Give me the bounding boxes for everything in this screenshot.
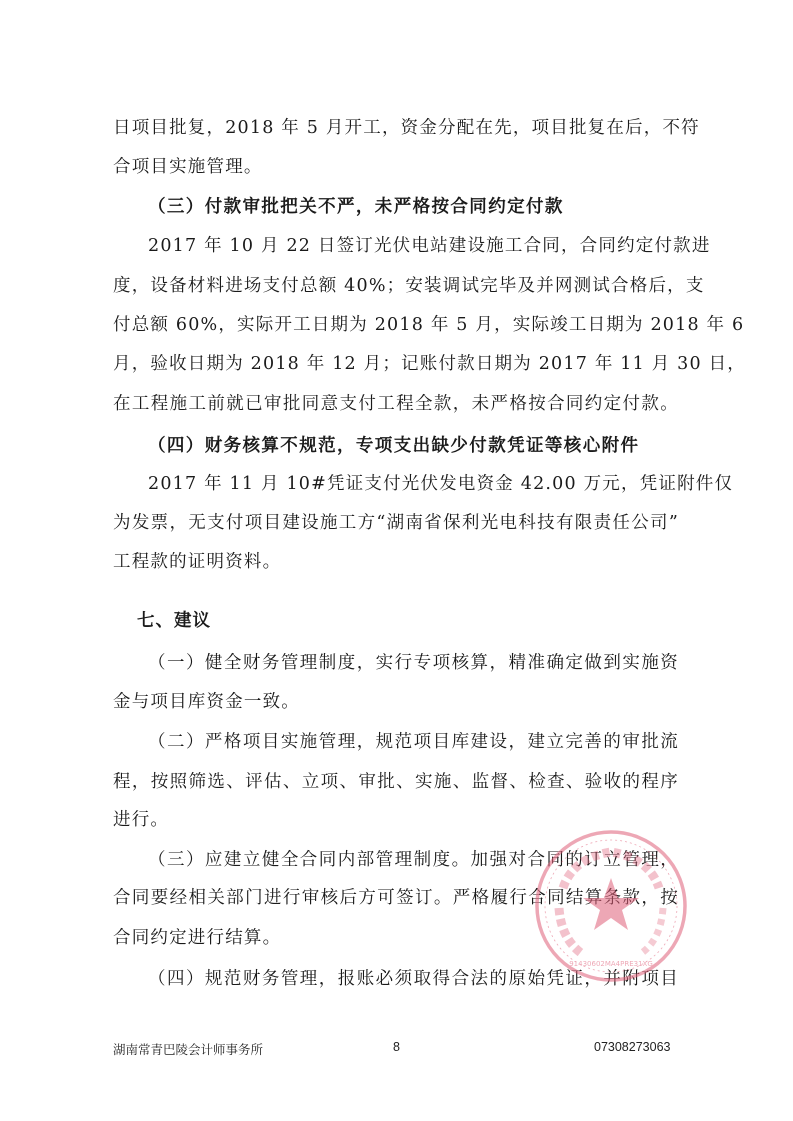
body-line: 进行。 <box>113 808 679 832</box>
body-line: 月，验收日期为 2018 年 12 月；记账付款日期为 2017 年 11 月 … <box>113 352 679 376</box>
body-line: （四）规范财务管理，报账必须取得合法的原始凭证，并附项目 <box>148 967 679 991</box>
footer-firm-name: 湖南常青巴陵会计师事务所 <box>113 1040 263 1058</box>
body-line: 金与项目库资金一致。 <box>113 690 679 714</box>
body-line: （三）应建立健全合同内部管理制度。加强对合同的订立管理， <box>148 848 679 872</box>
body-line: 度，设备材料进场支付总额 40%；安装调试完毕及并网测试合格后，支 <box>113 274 679 298</box>
body-line: 在工程施工前就已审批同意支付工程全款，未严格按合同约定付款。 <box>113 392 679 416</box>
body-line: 合同要经相关部门进行审核后方可签订。严格履行合同结算条款，按 <box>113 886 679 910</box>
body-line: 合同约定进行结算。 <box>113 926 679 950</box>
body-line: 合项目实施管理。 <box>113 155 679 179</box>
body-line: 付总额 60%，实际开工日期为 2018 年 5 月，实际竣工日期为 2018 … <box>113 313 679 337</box>
body-line: 工程款的证明资料。 <box>113 550 679 574</box>
subsection-heading: （三）付款审批把关不严，未严格按合同约定付款 <box>148 195 679 219</box>
body-line: 2017 年 10 月 22 日签订光伏电站建设施工合同，合同约定付款进 <box>148 234 679 258</box>
body-line: （一）健全财务管理制度，实行专项核算，精准确定做到实施资 <box>148 651 679 675</box>
section-heading: 七、建议 <box>137 609 703 633</box>
body-line: （二）严格项目实施管理，规范项目库建设，建立完善的审批流 <box>148 730 679 754</box>
body-line: 2017 年 11 月 10#凭证支付光伏发电资金 42.00 万元，凭证附件仅 <box>148 472 679 496</box>
body-line: 为发票，无支付项目建设施工方“湖南省保利光电科技有限责任公司” <box>113 511 679 535</box>
body-line: 程，按照筛选、评估、立项、审批、实施、监督、检查、验收的程序 <box>113 770 679 794</box>
document-page: 日项目批复，2018 年 5 月开工，资金分配在先，项目批复在后，不符 合项目实… <box>0 0 793 1121</box>
footer-phone: 07308273063 <box>594 1040 670 1054</box>
footer-page-number: 8 <box>393 1040 400 1054</box>
body-line: 日项目批复，2018 年 5 月开工，资金分配在先，项目批复在后，不符 <box>113 116 679 140</box>
subsection-heading: （四）财务核算不规范，专项支出缺少付款凭证等核心附件 <box>148 434 679 458</box>
